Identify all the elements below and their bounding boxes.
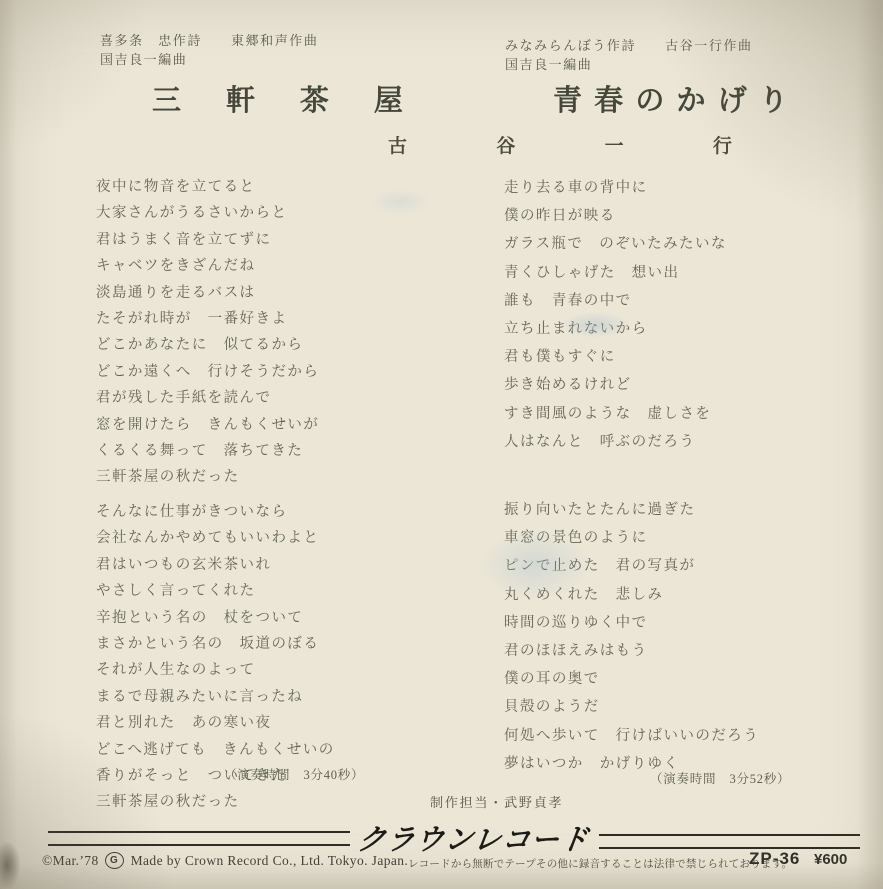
lyric-line: 歩き始めるけれど [504,371,864,399]
lyric-line: 車窓の景色のように [504,524,864,552]
lyric-line: 三軒茶屋の秋だった [96,464,456,490]
song2-duration: （演奏時間 3分52秒） [650,769,790,787]
lyric-line: 人はなんと 呼ぶのだろう [504,428,864,456]
copyright-text: ©Mar.’78 [42,853,99,869]
song2-lyrics-column: 走り去る車の背中に僕の昨日が映るガラス瓶で のぞいたみたいな青くひしゃげた 想い… [504,174,864,778]
corner-smudge [0,842,20,888]
lyric-line: まるで母親みたいに言ったね [96,684,456,710]
lyric-line: 君が残した手紙を読んで [96,385,456,411]
record-sleeve-back: 喜多条 忠作詩 東郷和声作曲 国吉良一編曲 三軒茶屋 みなみらんぼう作詩 古谷一… [0,0,883,889]
lyric-line: どこかあなたに 似てるから [96,332,456,358]
lyric-line: 夜中に物音を立てると [96,174,456,200]
lyric-line: そんなに仕事がきついなら [96,499,456,525]
song2-credits-line2: 国吉良一編曲 [505,55,753,74]
lyric-line: たそがれ時が 一番好きよ [96,306,456,332]
song1-lyrics-column: 夜中に物音を立てると大家さんがうるさいからと君はうまく音を立てずにキャベツをきざ… [96,174,456,816]
logo-right-rule [599,834,860,849]
lyric-line: 振り向いたとたんに過ぎた [504,496,864,524]
lyric-line: 立ち止まれないから [504,315,864,343]
lyric-line: くるくる舞って 落ちてきた [96,438,456,464]
song1-title: 三軒茶屋 [152,78,448,119]
production-credit: 制作担当・武野貞孝 [430,792,563,811]
song1-credits-line1: 喜多条 忠作詩 東郷和声作曲 [100,31,318,50]
lyric-line: 走り去る車の背中に [504,174,864,202]
catalog-number: ZP-36 [749,849,800,869]
logo-left-rule [48,831,350,846]
song1-verse-1: 夜中に物音を立てると大家さんがうるさいからと君はうまく音を立てずにキャベツをきざ… [96,174,456,491]
lyric-line: 会社なんかやめてもいいわよと [96,525,456,551]
lyric-line: 君も僕もすぐに [504,343,864,371]
lyric-line: 誰も 青春の中で [504,287,864,315]
crown-g-mark-icon: G [105,852,124,869]
song2-credits-line1: みなみらんぼう作詩 古谷一行作曲 [505,36,753,55]
song2-credits: みなみらんぼう作詩 古谷一行作曲 国吉良一編曲 [505,36,753,74]
lyric-line: それが人生なのよって [96,657,456,683]
price: ¥600 [814,851,847,868]
lyric-line: まさかという名の 坂道のぼる [96,631,456,657]
lyric-line: 時間の巡りゆく中で [504,609,864,637]
lyric-line: 君はうまく音を立てずに [96,227,456,253]
song1-credits-line2: 国吉良一編曲 [100,50,318,69]
lyric-line: 何処へ歩いて 行けばいいのだろう [504,722,864,750]
lyric-line: 窓を開けたら きんもくせいが [96,412,456,438]
made-by-text: Made by Crown Record Co., Ltd. Tokyo. Ja… [131,853,409,869]
lyric-line: 君はいつもの玄米茶いれ [96,552,456,578]
lyric-line: 僕の昨日が映る [504,202,864,230]
lyric-line: 辛抱という名の 杖をついて [96,605,456,631]
lyric-line: 三軒茶屋の秋だった [96,789,456,815]
lyric-line: どこか遠くへ 行けそうだから [96,359,456,385]
lyric-line: 君と別れた あの寒い夜 [96,710,456,736]
copy-prohibition-notice: レコードから無断でテープその他に録音することは法律で禁じられております。 [408,856,792,871]
song2-title: 青春のかげり [553,78,800,119]
song2-verse-1: 走り去る車の背中に僕の昨日が映るガラス瓶で のぞいたみたいな青くひしゃげた 想い… [504,174,864,456]
lyric-line: 君のほほえみはもう [504,637,864,665]
lyric-line: 青くひしゃげた 想い出 [504,259,864,287]
lyric-line: 丸くめくれた 悲しみ [504,581,864,609]
lyric-line: ピンで止めた 君の写真が [504,552,864,580]
lyric-line: キャベツをきざんだね [96,253,456,279]
lyric-line: 僕の耳の奥で [504,665,864,693]
footer-copyright-group: ©Mar.’78 G Made by Crown Record Co., Ltd… [42,852,408,869]
song1-credits: 喜多条 忠作詩 東郷和声作曲 国吉良一編曲 [100,31,318,69]
lyric-line: 大家さんがうるさいからと [96,200,456,226]
lyric-line: やさしく言ってくれた [96,578,456,604]
lyric-line: すき間風のような 虚しさを [504,400,864,428]
lyric-line: ガラス瓶で のぞいたみたいな [504,230,864,258]
lyric-line: どこへ逃げても きんもくせいの [96,737,456,763]
song1-duration: （演奏時間 3分40秒） [224,765,364,783]
lyric-line: 貝殻のようだ [504,693,864,721]
song2-verse-2: 振り向いたとたんに過ぎた車窓の景色のようにピンで止めた 君の写真が丸くめくれた … [504,496,864,778]
artist-name: 古 谷 一 行 [388,131,767,158]
lyric-line: 淡島通りを走るバスは [96,280,456,306]
